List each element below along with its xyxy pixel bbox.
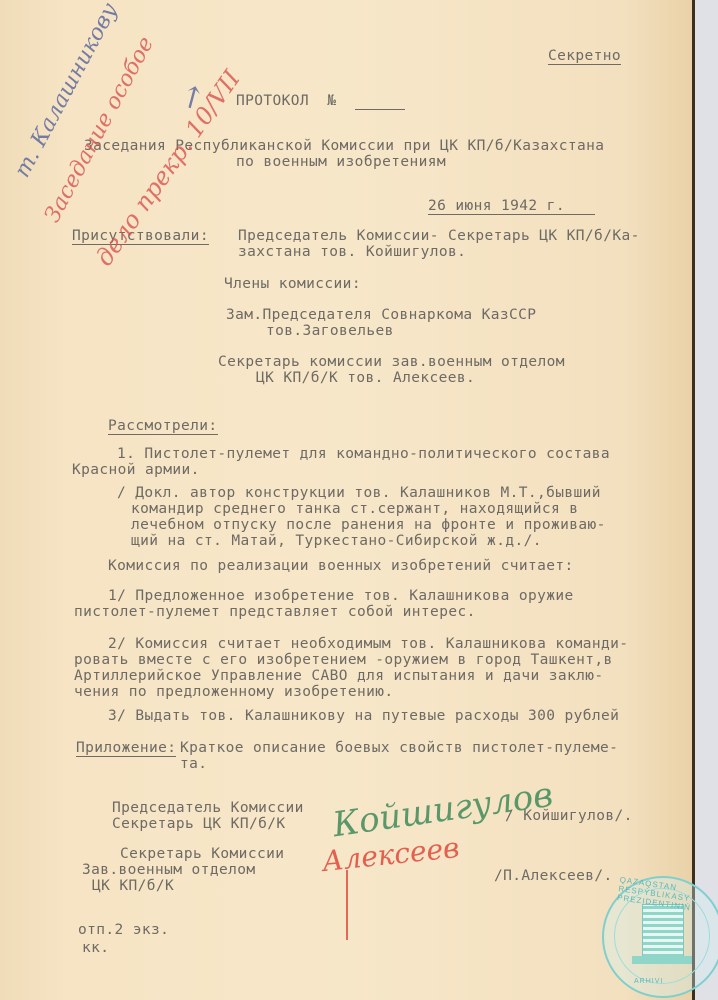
building-base-icon (632, 956, 692, 964)
attachment-line1: Краткое описание боевых свойств пистолет… (180, 740, 618, 756)
decision-p2-line1: 2/ Комиссия считает необходимым тов. Кал… (108, 636, 628, 652)
signature-stroke (346, 870, 348, 940)
report-line3: лечебном отпуску после ранения на фронте… (131, 517, 606, 533)
secretary-title-line3: ЦК КП/б/К (92, 878, 174, 894)
secretary-title-line1: Секретарь Комиссии (120, 846, 284, 862)
report-line2: командир среднего танка ст.сержант, нахо… (131, 501, 578, 517)
classification-stamp: Секретно (548, 48, 621, 65)
decision-intro: Комиссия по реализации военных изобретен… (108, 558, 574, 574)
subtitle-line2: по военным изобретениям (236, 154, 446, 170)
document-page: Секретно ПРОТОКОЛ № ______ Заседания Рес… (0, 0, 695, 1000)
member1-line2: тов.Заговельев (266, 323, 394, 339)
attachment-line2: та. (180, 756, 207, 772)
decision-p2-line3: Артиллерийское Управление САВО для испыт… (74, 668, 604, 684)
decision-p3: 3/ Выдать тов. Калашникову на путевые ра… (108, 708, 619, 724)
present-line2: захстана тов. Койшигулов. (238, 244, 466, 260)
secretary-title-line2: Зав.военным отделом (82, 862, 255, 878)
footer-copies: отп.2 экз. (78, 922, 169, 938)
building-icon (642, 904, 684, 958)
protocol-title: ПРОТОКОЛ № (236, 93, 336, 109)
item1-line1: 1. Пистолет-пулемет для командно-политич… (117, 446, 610, 462)
decision-p1-line2: пистолет-пулемет представляет собой инте… (74, 604, 476, 620)
item1-line2: Красной армии. (72, 462, 200, 478)
secretary-name: /П.Алексеев/. (494, 868, 613, 884)
present-line1: Председатель Комиссии- Секретарь ЦК КП/б… (238, 228, 640, 244)
chair-title-line1: Председатель Комиссии (112, 800, 304, 816)
members-label: Члены комиссии: (224, 276, 361, 292)
report-line1: / Докл. автор конструкции тов. Калашнико… (117, 485, 601, 501)
document-date: 26 июня 1942 г. (428, 198, 595, 215)
footer-initials: кк. (82, 940, 109, 956)
attachment-label: Приложение: (76, 740, 176, 757)
considered-label: Рассмотрели: (108, 418, 218, 435)
archive-stamp: QAZAQSTAN RESPÝBLIKASY PREZIDENTINIŃ ARH… (602, 876, 718, 998)
decision-p1-line1: 1/ Предложенное изобретение тов. Калашни… (108, 588, 574, 604)
stamp-text-bottom: ARHIVI (634, 978, 663, 985)
member2-line1: Секретарь комиссии зав.военным отделом (218, 354, 565, 370)
member1-line1: Зам.Председателя Совнаркома КазССР (226, 307, 536, 323)
protocol-number-blank: ______ (355, 93, 405, 110)
member2-line2: ЦК КП/б/К тов. Алексеев. (256, 370, 475, 386)
decision-p2-line4: чения по предложенному изобретению. (74, 684, 394, 700)
decision-p2-line2: ровать вместе с его изобретением -оружие… (74, 652, 613, 668)
report-line4: щий на ст. Матай, Туркестано-Сибирской ж… (131, 533, 542, 549)
chair-title-line2: Секретарь ЦК КП/б/К (112, 816, 285, 832)
